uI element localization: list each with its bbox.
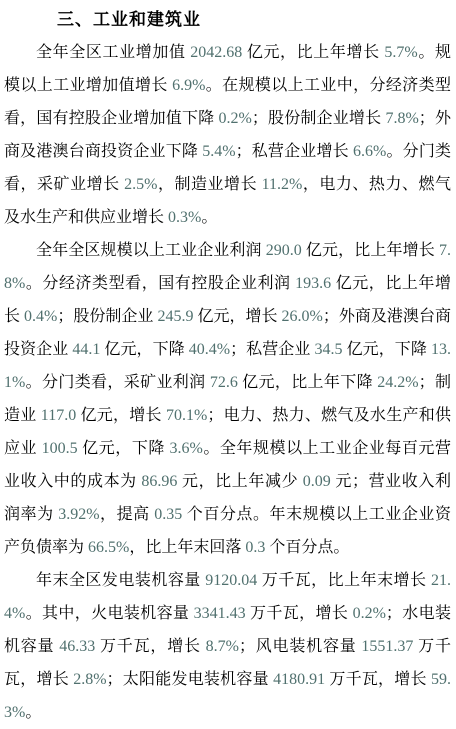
paragraph: 全年全区规模以上工业企业利润 290.0 亿元，比上年增长 7.8%。分经济类型…	[4, 234, 451, 564]
statistic-value: 0.35	[154, 506, 182, 523]
body-text: 。分门类看，采矿业利润	[25, 374, 210, 391]
document-page: 三、工业和建筑业 全年全区工业增加值 2042.68 亿元，比上年增长 5.7%…	[0, 0, 456, 729]
paragraph: 全年全区工业增加值 2042.68 亿元，比上年增长 5.7%。规模以上工业增加…	[4, 36, 451, 234]
body-text: 个百分点。	[265, 539, 349, 556]
body-text: 。	[201, 209, 217, 226]
body-text: ，提高	[100, 506, 155, 523]
statistic-value: 6.6%	[353, 143, 386, 160]
statistic-value: 86.96	[141, 473, 177, 490]
body-text: ；太阳能发电装机容量	[107, 671, 274, 688]
statistic-value: 2.5%	[124, 176, 157, 193]
statistic-value: 26.0%	[282, 308, 323, 325]
statistic-value: 34.5	[315, 341, 343, 358]
body-text: 万千瓦，增长	[325, 671, 431, 688]
statistic-value: 3.6%	[169, 440, 202, 457]
paragraph: 年末全区发电装机容量 9120.04 万千瓦，比上年末增长 21.4%。其中，火…	[4, 564, 451, 729]
statistic-value: 2042.68	[190, 44, 242, 61]
body-text: 亿元，比上年增长	[242, 44, 384, 61]
body-text: ；股份制企业	[57, 308, 157, 325]
statistic-value: 2.8%	[73, 671, 106, 688]
section-title: 三、工业和建筑业	[4, 6, 451, 36]
statistic-value: 245.9	[157, 308, 193, 325]
body-text: ；私营企业	[230, 341, 314, 358]
body-text: 。	[25, 704, 41, 721]
body-text: 亿元，增长	[193, 308, 281, 325]
body-text: 。其中，火电装机容量	[25, 605, 193, 622]
body-text: 全年全区规模以上工业企业利润	[36, 242, 266, 259]
statistic-value: 0.2%	[219, 110, 252, 127]
statistic-value: 9120.04	[205, 572, 257, 589]
body-text: ，比上年末回落	[129, 539, 245, 556]
body-text: 万千瓦，增长	[246, 605, 353, 622]
body-text: ；私营企业增长	[236, 143, 353, 160]
statistic-value: 8.7%	[206, 638, 239, 655]
document-body: 全年全区工业增加值 2042.68 亿元，比上年增长 5.7%。规模以上工业增加…	[4, 36, 451, 729]
statistic-value: 4180.91	[273, 671, 325, 688]
statistic-value: 5.7%	[384, 44, 417, 61]
statistic-value: 0.3	[245, 539, 265, 556]
statistic-value: 193.6	[295, 275, 331, 292]
statistic-value: 40.4%	[189, 341, 230, 358]
statistic-value: 0.3%	[168, 209, 201, 226]
statistic-value: 72.6	[210, 374, 238, 391]
statistic-value: 0.09	[303, 473, 331, 490]
body-text: 亿元，比上年增长	[302, 242, 439, 259]
body-text: 亿元，下降	[343, 341, 431, 358]
statistic-value: 290.0	[266, 242, 302, 259]
body-text: 年末全区发电装机容量	[36, 572, 205, 589]
statistic-value: 44.1	[72, 341, 100, 358]
statistic-value: 117.0	[41, 407, 76, 424]
statistic-value: 70.1%	[166, 407, 207, 424]
statistic-value: 24.2%	[377, 374, 418, 391]
body-text: ，制造业增长	[157, 176, 261, 193]
statistic-value: 46.33	[59, 638, 95, 655]
statistic-value: 0.2%	[353, 605, 386, 622]
body-text: 元，比上年减少	[177, 473, 302, 490]
statistic-value: 66.5%	[88, 539, 129, 556]
body-text: 亿元，增长	[76, 407, 166, 424]
body-text: 万千瓦，增长	[95, 638, 205, 655]
body-text: ；风电装机容量	[239, 638, 361, 655]
body-text: 万千瓦，比上年末增长	[257, 572, 431, 589]
statistic-value: 3341.43	[194, 605, 246, 622]
statistic-value: 0.4%	[24, 308, 57, 325]
body-text: 亿元，比上年下降	[238, 374, 377, 391]
body-text: 亿元，下降	[100, 341, 188, 358]
body-text: 全年全区工业增加值	[36, 44, 190, 61]
statistic-value: 11.2%	[262, 176, 303, 193]
body-text: ；股份制企业增长	[252, 110, 386, 127]
statistic-value: 3.92%	[58, 506, 99, 523]
statistic-value: 7.8%	[385, 110, 418, 127]
statistic-value: 6.9%	[172, 77, 205, 94]
body-text: 。分经济类型看，国有控股企业利润	[25, 275, 295, 292]
statistic-value: 5.4%	[202, 143, 235, 160]
statistic-value: 1551.37	[361, 638, 413, 655]
body-text: 亿元，下降	[78, 440, 170, 457]
statistic-value: 100.5	[42, 440, 78, 457]
